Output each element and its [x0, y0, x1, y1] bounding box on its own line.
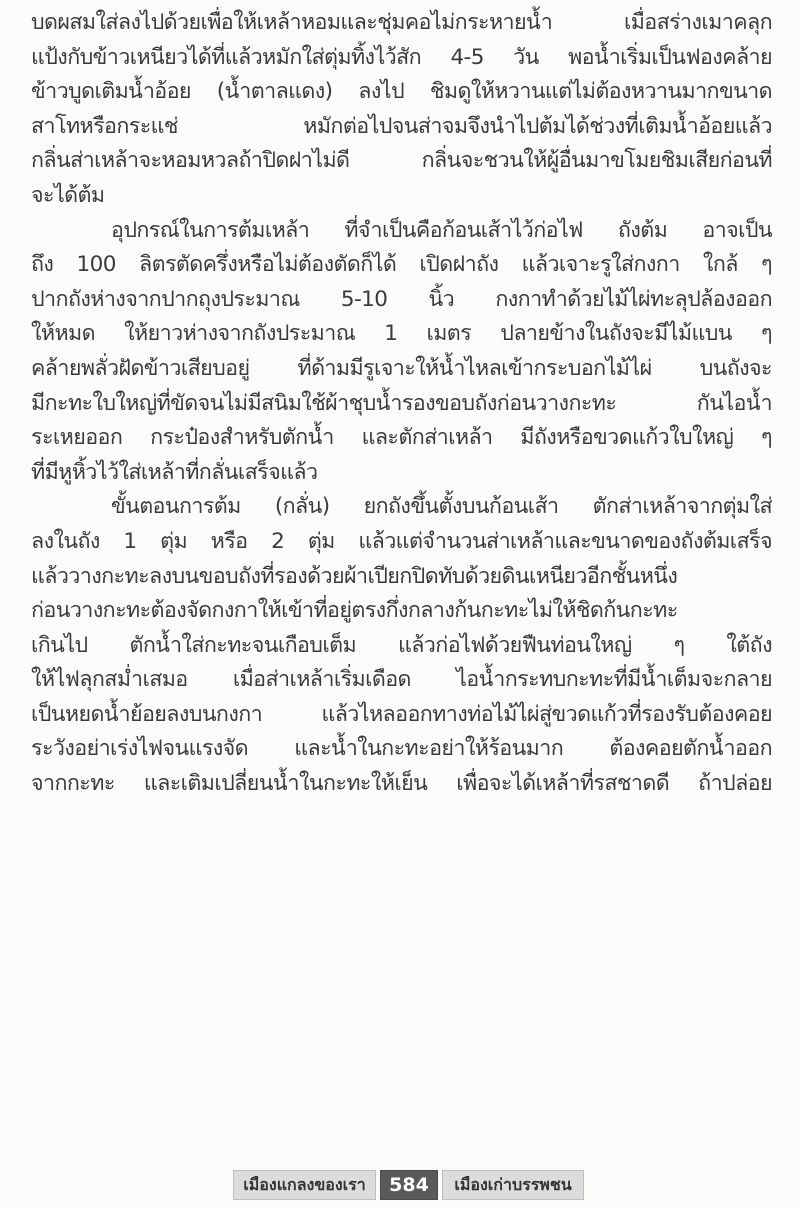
text-line: จากกะทะ และเติมเปลี่ยนน้ำในกะทะให้เย็น เ… — [31, 765, 772, 800]
text-line: ให้ไฟลุกสม่ำเสมอ เมื่อส่าเหล้าเริ่มเดือด… — [31, 661, 772, 696]
text-line: เกินไป ตักน้ำใส่กะทะจนเกือบเต็ม แล้วก่อไ… — [31, 627, 772, 662]
text-line: ปากถังห่างจากปากถุงประมาณ 5-10 นิ้ว กงกา… — [31, 281, 772, 316]
text-line: สาโทหรือกระแช่ หมักต่อไปจนส่าจมจึงนำไปต้… — [31, 108, 772, 143]
paragraph-first-line: อุปกรณ์ในการต้มเหล้า ที่จำเป็นคือก้อนเส้… — [31, 212, 772, 247]
text-line: ระวังอย่าเร่งไฟจนแรงจัด และน้ำในกะทะอย่า… — [31, 730, 772, 765]
text-line: แล้ววางกะทะลงบนขอบถังที่รองด้วยผ้าเปียกป… — [31, 558, 772, 593]
text-line: ให้หมด ให้ยาวห่างจากถังประมาณ 1 เมตร ปลา… — [31, 315, 772, 350]
text-line: ระเหยออก กระป๋องสำหรับตักน้ำ และตักส่าเห… — [31, 419, 772, 454]
text-line: จะได้ต้ม — [31, 177, 772, 212]
text-line: เป็นหยดน้ำย้อยลงบนกงกา แล้วไหลออกทางท่อไ… — [31, 696, 772, 731]
paragraph-first-line: ขั้นตอนการต้ม (กลั่น) ยกถังขึ้นตั้งบนก้อ… — [31, 488, 772, 523]
page-footer: เมืองแกลงของเรา 584 เมืองเก่าบรรพชน — [233, 1170, 584, 1200]
text-line: ลงในถัง 1 ตุ่ม หรือ 2 ตุ่ม แล้วแต่จำนวนส… — [31, 523, 772, 558]
footer-book-title: เมืองแกลงของเรา — [233, 1170, 376, 1200]
text-line: ข้าวบูดเติมน้ำอ้อย (น้ำตาลแดง) ลงไป ชิมด… — [31, 73, 772, 108]
page-number: 584 — [380, 1170, 438, 1200]
text-line: ถึง 100 ลิตรตัดครึ่งหรือไม่ต้องตัดก็ได้ … — [31, 246, 772, 281]
text-line: มีกะทะใบใหญ่ที่ขัดจนไม่มีสนิมใช้ผ้าชุบน้… — [31, 385, 772, 420]
text-line: ที่มีหูหิ้วไว้ใส่เหล้าที่กลั่นเสร็จแล้ว — [31, 454, 772, 489]
text-line: บดผสมใส่ลงไปด้วยเพื่อให้เหล้าหอมและชุ่มค… — [31, 4, 772, 39]
body-text: บดผสมใส่ลงไปด้วยเพื่อให้เหล้าหอมและชุ่มค… — [31, 4, 772, 800]
book-page: บดผสมใส่ลงไปด้วยเพื่อให้เหล้าหอมและชุ่มค… — [0, 0, 800, 1208]
text-line: คล้ายพลั่วฝัดข้าวเสียบอยู่ ที่ด้ามมีรูเจ… — [31, 350, 772, 385]
text-line: ก่อนวางกะทะต้องจัดกงกาให้เข้าที่อยู่ตรงก… — [31, 592, 772, 627]
footer-section-title: เมืองเก่าบรรพชน — [442, 1170, 584, 1200]
text-line: กลิ่นส่าเหล้าจะหอมหวลถ้าปิดฝาไม่ดี กลิ่น… — [31, 142, 772, 177]
text-line: แป้งกับข้าวเหนียวได้ที่แล้วหมักใส่ตุ่มทิ… — [31, 39, 772, 74]
